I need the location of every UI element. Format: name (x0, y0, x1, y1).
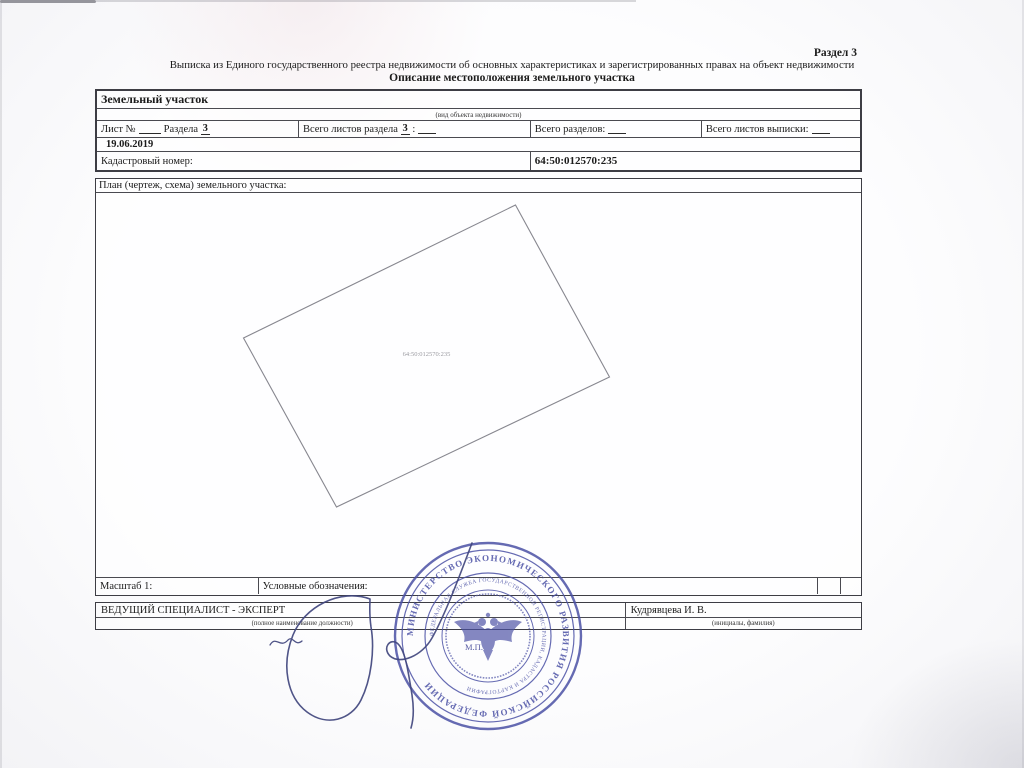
section-number-value: 3 (201, 123, 210, 135)
section-word: Раздела (164, 124, 198, 135)
cadastral-label-cell: Кадастровый номер: (97, 152, 530, 170)
signature-flourish (270, 639, 302, 645)
total-sheets-label: Всего листов раздела (303, 124, 398, 135)
signature-loop (287, 596, 373, 720)
handwritten-signature (248, 533, 578, 748)
section-number-label: Раздел 3 (814, 47, 857, 59)
spare-cell-1 (817, 578, 840, 594)
scan-artifact-top-left (0, 0, 96, 3)
plan-drawing: 64:50:012570:235 (96, 193, 861, 577)
total-extract-sheets-cell: Всего листов выписки: (701, 121, 860, 137)
total-sheets-colon: : (412, 124, 415, 135)
cadastral-number: 64:50:012570:235 (535, 155, 618, 167)
spare-cell-2 (840, 578, 861, 594)
date-row: 19.06.2019 (97, 138, 860, 152)
sheet-label: Лист № (101, 124, 136, 135)
total-sections-label: Всего разделов: (535, 124, 606, 135)
document-title: Выписка из Единого государственного реес… (60, 59, 964, 71)
object-kind-caption-row: (вид объекта недвижимости) (97, 109, 860, 121)
document-subtitle: Описание местоположения земельного участ… (0, 72, 1024, 84)
sheet-number-blank (139, 124, 161, 134)
total-sheets-cell: Всего листов раздела 3 : (298, 121, 530, 137)
name-caption: (инициалы, фамилия) (652, 620, 836, 627)
date-value: 19.06.2019 (106, 139, 153, 150)
parcel-label: 64:50:012570:235 (403, 351, 451, 358)
sheets-row: Лист № Раздела 3 Всего листов раздела 3 … (97, 121, 860, 138)
object-kind-caption: (вид объекта недвижимости) (436, 111, 522, 119)
cadastral-row: Кадастровый номер: 64:50:012570:235 (97, 152, 860, 170)
object-type-label: Земельный участок (101, 92, 208, 107)
info-table: Земельный участок (вид объекта недвижимо… (95, 89, 862, 172)
total-sections-cell: Всего разделов: (530, 121, 701, 137)
scan-artifact-top (96, 0, 636, 2)
total-sheets-value: 3 (401, 123, 410, 135)
sheet-number-cell: Лист № Раздела 3 (97, 121, 298, 137)
total-sheets-blank (418, 124, 436, 134)
total-sections-blank (608, 124, 626, 134)
object-type-row: Земельный участок (97, 91, 860, 109)
cadastral-label: Кадастровый номер: (101, 156, 193, 167)
scale-label: Масштаб 1: (100, 581, 152, 592)
signer-name-line: Кудрявцева И. В. (626, 603, 861, 618)
scale-cell: Масштаб 1: (96, 578, 258, 594)
total-extract-sheets-blank (812, 124, 830, 134)
signature-tail (387, 543, 472, 728)
signer-name: Кудрявцева И. В. (631, 605, 707, 616)
name-cell: Кудрявцева И. В. (инициалы, фамилия) (625, 603, 861, 629)
cadastral-value-cell: 64:50:012570:235 (530, 152, 860, 170)
plan-header: План (чертеж, схема) земельного участка: (96, 179, 861, 193)
scan-edge-left (0, 0, 2, 768)
total-extract-sheets-label: Всего листов выписки: (706, 124, 809, 135)
plan-header-label: План (чертеж, схема) земельного участка: (99, 180, 286, 191)
scanned-document-page: { "page": { "section_label": "Раздел 3",… (0, 0, 1024, 768)
name-caption-area: (инициалы, фамилия) (626, 618, 861, 629)
